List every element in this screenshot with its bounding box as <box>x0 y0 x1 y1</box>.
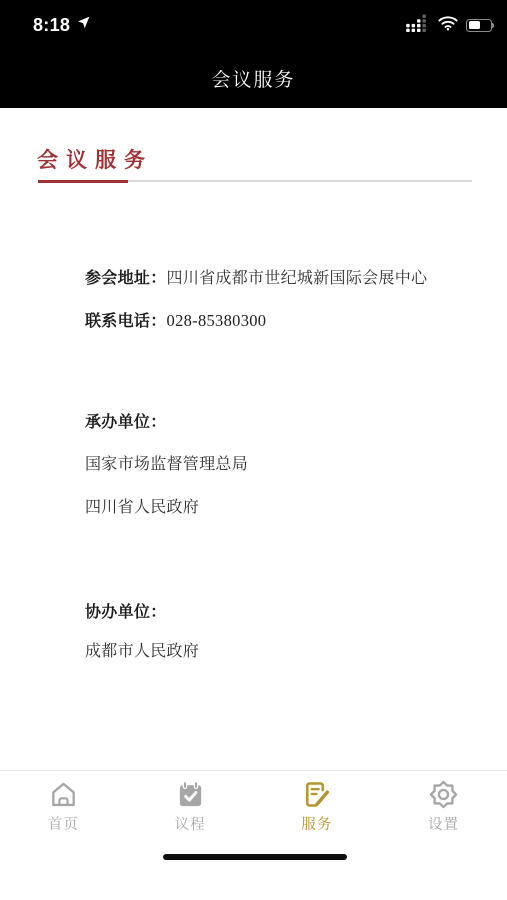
tab-services-label: 服务 <box>301 813 332 834</box>
home-indicator[interactable] <box>163 854 347 860</box>
title-divider <box>38 180 472 182</box>
document-pen-icon <box>301 779 332 810</box>
location-arrow-icon <box>76 15 91 35</box>
address-value: 四川省成都市世纪城新国际会展中心 <box>167 270 428 287</box>
header: 8:18 <box>0 0 507 108</box>
tab-home-label: 首页 <box>48 813 79 834</box>
phone-value: 028-85380300 <box>167 311 267 330</box>
tab-bar: 首页 议程 服务 <box>0 770 507 900</box>
status-bar: 8:18 <box>33 12 492 38</box>
tab-home[interactable]: 首页 <box>0 771 127 834</box>
nav-title: 会议服务 <box>0 65 507 92</box>
status-left: 8:18 <box>33 15 91 36</box>
address-label: 参会地址： <box>85 270 167 287</box>
title-divider-accent <box>38 180 128 183</box>
tab-settings[interactable]: 设置 <box>380 771 507 834</box>
battery-fill <box>469 21 480 29</box>
page-title: 会议服务 <box>37 144 153 174</box>
gear-icon <box>428 779 459 810</box>
co-organizer-item: 成都市人民政府 <box>85 641 477 663</box>
co-organizer-label: 协办单位： <box>85 602 477 624</box>
tab-agenda[interactable]: 议程 <box>127 771 254 834</box>
phone-row: 联系电话：028-85380300 <box>85 310 477 333</box>
cellular-signal-icon <box>405 14 430 37</box>
organizer-item: 国家市场监督管理总局 <box>85 454 477 476</box>
tab-agenda-label: 议程 <box>175 813 206 834</box>
home-icon <box>48 779 79 810</box>
address-row: 参会地址：四川省成都市世纪城新国际会展中心 <box>85 268 477 290</box>
app-screen: 8:18 <box>0 0 507 900</box>
battery-icon <box>466 19 492 32</box>
battery-nub <box>492 23 494 28</box>
tab-settings-label: 设置 <box>428 813 459 834</box>
status-right <box>405 14 492 37</box>
organizer-label: 承办单位： <box>85 412 477 434</box>
organizer-item: 四川省人民政府 <box>85 497 477 519</box>
calendar-check-icon <box>175 779 206 810</box>
tab-services[interactable]: 服务 <box>254 771 381 834</box>
wifi-icon <box>437 15 459 36</box>
status-time: 8:18 <box>33 15 70 36</box>
phone-label: 联系电话： <box>85 313 167 330</box>
